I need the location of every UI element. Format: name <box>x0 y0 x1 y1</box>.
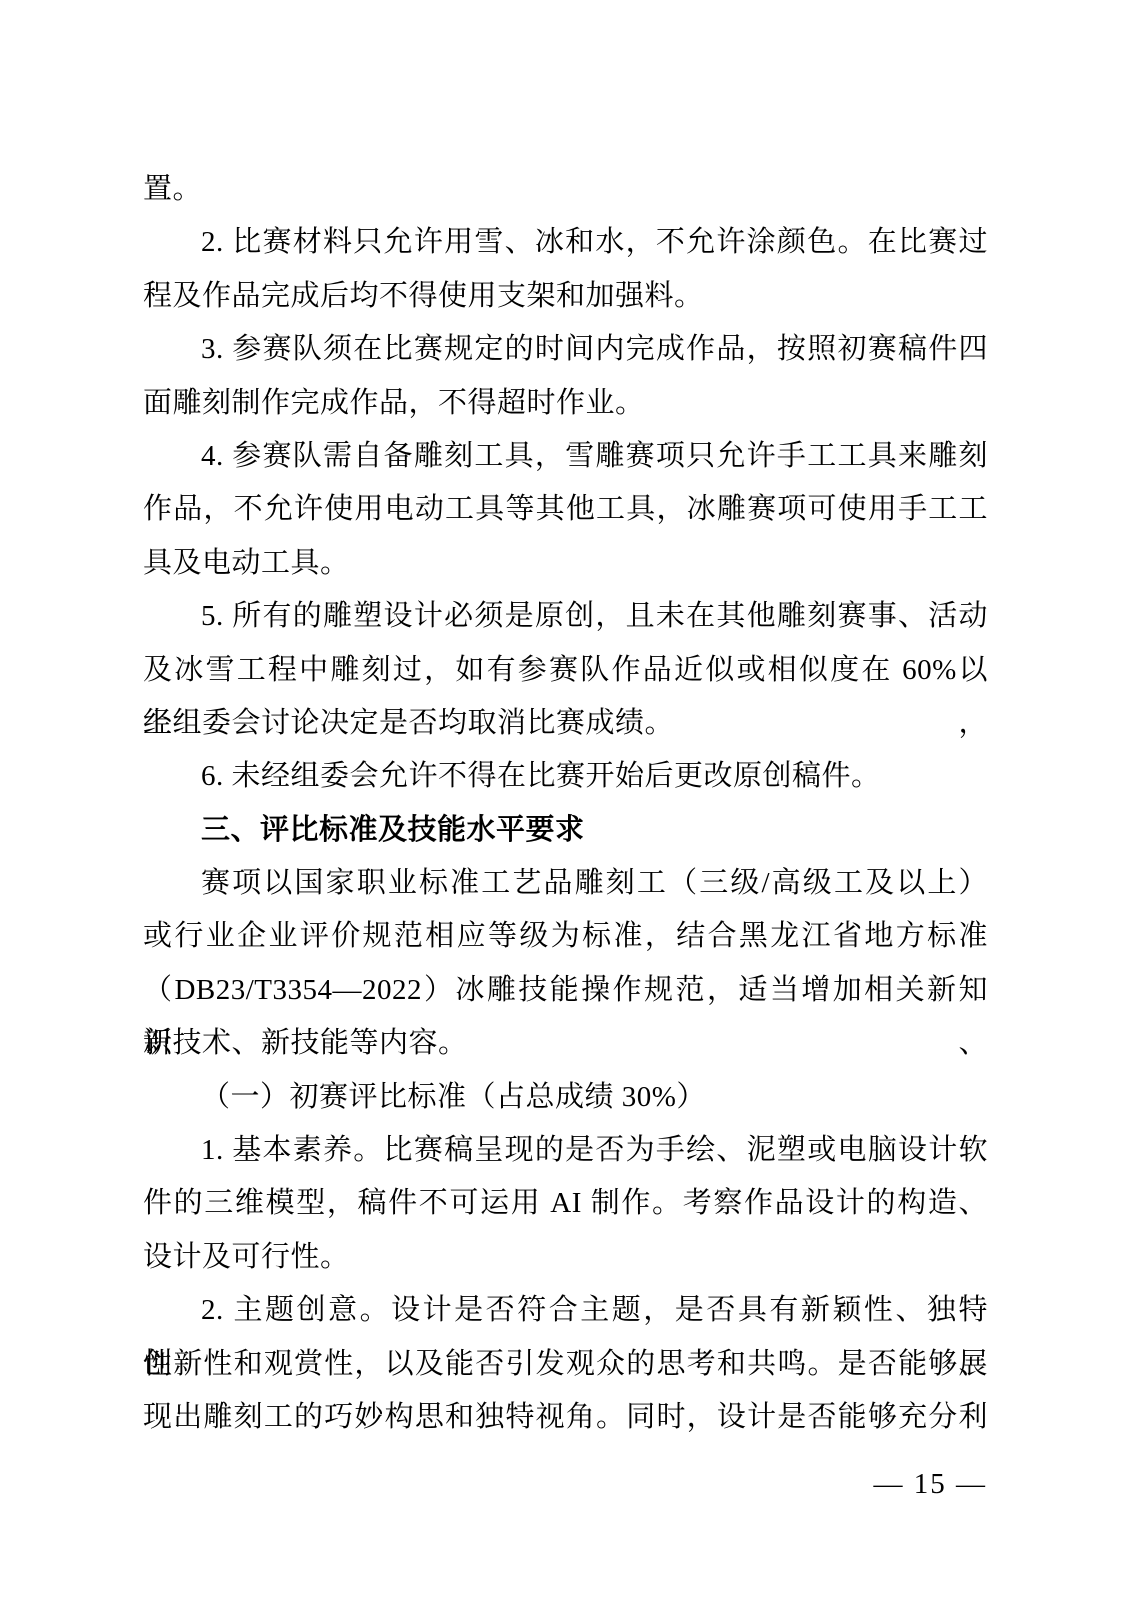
section-heading: 三、评比标准及技能水平要求 <box>143 804 988 857</box>
document-body: 置。2. 比赛材料只允许用雪、冰和水，不允许涂颜色。在比赛过程及作品完成后均不得… <box>143 163 988 1444</box>
text-line: 件的三维模型，稿件不可运用 AI 制作。考察作品设计的构造、 <box>143 1177 988 1230</box>
text-line: 2. 主题创意。设计是否符合主题，是否具有新颖性、独特性、 <box>143 1284 988 1337</box>
text-line: 设计及可行性。 <box>143 1231 988 1284</box>
document-page: 置。2. 比赛材料只允许用雪、冰和水，不允许涂颜色。在比赛过程及作品完成后均不得… <box>0 0 1131 1600</box>
text-line: 置。 <box>143 163 988 216</box>
text-line: 程及作品完成后均不得使用支架和加强料。 <box>143 270 988 323</box>
text-line: 6. 未经组委会允许不得在比赛开始后更改原创稿件。 <box>143 750 988 803</box>
text-line: 3. 参赛队须在比赛规定的时间内完成作品，按照初赛稿件四 <box>143 323 988 376</box>
text-line: 面雕刻制作完成作品，不得超时作业。 <box>143 377 988 430</box>
text-line: 具及电动工具。 <box>143 537 988 590</box>
text-line: 创新性和观赏性，以及能否引发观众的思考和共鸣。是否能够展 <box>143 1338 988 1391</box>
text-line: 4. 参赛队需自备雕刻工具，雪雕赛项只允许手工工具来雕刻 <box>143 430 988 483</box>
text-line: 或行业企业评价规范相应等级为标准，结合黑龙江省地方标准 <box>143 910 988 963</box>
text-line: 现出雕刻工的巧妙构思和独特视角。同时，设计是否能够充分利 <box>143 1391 988 1444</box>
text-line: （DB23/T3354—2022）冰雕技能操作规范，适当增加相关新知识、 <box>143 964 988 1017</box>
text-line: 赛项以国家职业标准工艺品雕刻工（三级/高级工及以上） <box>143 857 988 910</box>
text-line: 作品，不允许使用电动工具等其他工具，冰雕赛项可使用手工工 <box>143 483 988 536</box>
text-line: 5. 所有的雕塑设计必须是原创，且未在其他雕刻赛事、活动 <box>143 590 988 643</box>
text-line: 1. 基本素养。比赛稿呈现的是否为手绘、泥塑或电脑设计软 <box>143 1124 988 1177</box>
text-line: 及冰雪工程中雕刻过，如有参赛队作品近似或相似度在 60%以上， <box>143 644 988 697</box>
text-line: 2. 比赛材料只允许用雪、冰和水，不允许涂颜色。在比赛过 <box>143 216 988 269</box>
text-line: （一）初赛评比标准（占总成绩 30%） <box>143 1071 988 1124</box>
page-number: — 15 — <box>874 1468 988 1500</box>
